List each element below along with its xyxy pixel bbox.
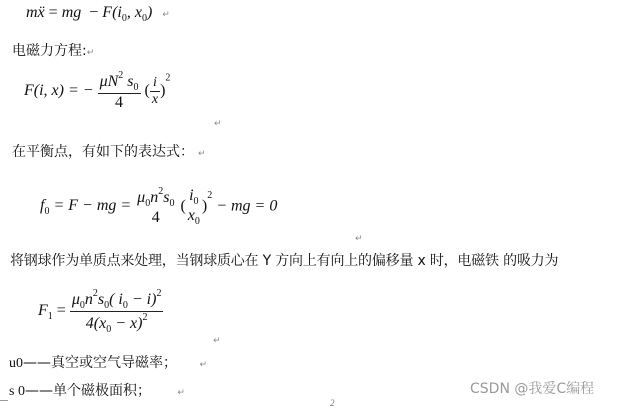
eq1-F: F — [102, 4, 112, 21]
eq4-den-pow: 2 — [142, 312, 147, 323]
equation-motion: mẍ = mg − F(i0, x0) ↵ — [26, 4, 170, 24]
eq1-mg: mg — [62, 4, 82, 21]
eq3-den: 4 — [135, 209, 176, 227]
eq3-mu: μ — [137, 189, 145, 206]
equation-force: F(i, x) = − μN2 s0 4 ( i x )2 — [24, 70, 170, 112]
paragraph-mark-icon: ↵ — [199, 360, 207, 370]
eq1-args2: , x — [127, 4, 142, 21]
eq4-mu: μ — [72, 291, 80, 308]
definition-symbol: s 0 — [9, 384, 25, 399]
eq2-paren-close: ) — [160, 82, 165, 99]
eq4-num-pow: 2 — [156, 288, 161, 299]
paragraph-mark-icon: ↵ — [87, 48, 95, 58]
paragraph-mark-icon: ↵ — [177, 388, 185, 398]
eq4-equals: = — [53, 302, 70, 319]
eq2-num-sub: 0 — [134, 82, 139, 93]
eq1-lhs: mẍ — [26, 4, 45, 21]
eq4-den-a: 4(x — [86, 315, 106, 332]
eq2-num-s: s — [123, 73, 133, 90]
eq3-s-sub: 0 — [169, 198, 174, 209]
eq4-den-b: − x) — [111, 315, 142, 332]
eq1-close: ) — [147, 4, 152, 21]
eq3-inner-den: x — [188, 207, 195, 224]
heading-equilibrium: 在平衡点，有如下的表达式：↵ — [12, 141, 206, 161]
eq4-n: n — [85, 291, 93, 308]
paragraph-mark-icon: ↵ — [214, 119, 222, 129]
eq4-num-tail: − i) — [128, 291, 157, 308]
partial-next-line: 2 — [330, 398, 335, 408]
eq2-power: 2 — [165, 73, 170, 84]
paragraph-steel-ball: 将钢球作为单质点来处理，当钢球质心在 Y 方向上有向上的偏移量 x 时，电磁铁 … — [10, 250, 558, 270]
definition-meaning: 真空或空气导磁率； — [51, 355, 177, 371]
definition-dash: —— — [25, 383, 53, 399]
eq2-num: μN — [100, 73, 119, 90]
eq4-fraction: μ0n2s0( i0 − i)2 4(x0 − x)2 — [70, 288, 164, 335]
paragraph-text: 将钢球作为单质点来处理，当钢球质心在 Y 方向上有向上的偏移量 x 时，电磁铁 … — [10, 253, 558, 269]
watermark: CSDN @我爱C编程 — [470, 378, 594, 398]
eq4-num-paren: ( i — [109, 291, 123, 308]
heading-text: 电磁力方程: — [12, 43, 87, 59]
definition-s0: s 0——单个磁极面积； ↵ — [9, 380, 185, 400]
definition-u0: u0——真空或空气导磁率； ↵ — [9, 352, 207, 372]
eq3-mid: = F − mg = — [49, 197, 135, 214]
eq3-inner-fraction: i0 x0 — [186, 187, 202, 227]
eq3-n: n — [150, 189, 158, 206]
equation-attraction-force: F1 = μ0n2s0( i0 − i)2 4(x0 − x)2 — [38, 288, 163, 335]
eq2-lhs: F(i, x) = − — [24, 82, 94, 99]
definition-symbol: u0 — [9, 356, 23, 371]
eq1-equals: = — [49, 4, 58, 21]
eq2-inner-den: x — [150, 91, 160, 108]
paragraph-mark-icon: ↵ — [355, 234, 363, 244]
eq2-inner-num: i — [150, 75, 160, 91]
eq2-inner-fraction: i x — [150, 75, 160, 108]
eq2-den: 4 — [98, 93, 141, 112]
paragraph-mark-icon: ↵ — [162, 10, 170, 20]
equation-equilibrium: f0 = F − mg = μ0n2s0 4 ( i0 x0 )2 − mg =… — [40, 186, 277, 227]
margin-line — [0, 400, 8, 401]
eq3-fraction: μ0n2s0 4 — [135, 186, 176, 227]
eq4-lhs: F — [38, 302, 48, 319]
eq2-fraction: μN2 s0 4 — [98, 70, 141, 112]
heading-force-equation: 电磁力方程:↵ — [12, 40, 94, 60]
paragraph-mark-icon: ↵ — [213, 336, 221, 346]
eq3-inner-num-sub: 0 — [194, 196, 199, 207]
heading-text: 在平衡点，有如下的表达式： — [12, 144, 194, 160]
definition-dash: —— — [23, 355, 51, 371]
eq3-tail: − mg = 0 — [212, 198, 277, 215]
eq1-args: (i — [112, 4, 122, 21]
definition-meaning: 单个磁极面积； — [53, 383, 151, 399]
eq3-inner-den-sub: 0 — [195, 216, 200, 227]
paragraph-mark-icon: ↵ — [198, 149, 206, 159]
eq1-minus: − — [89, 4, 98, 21]
